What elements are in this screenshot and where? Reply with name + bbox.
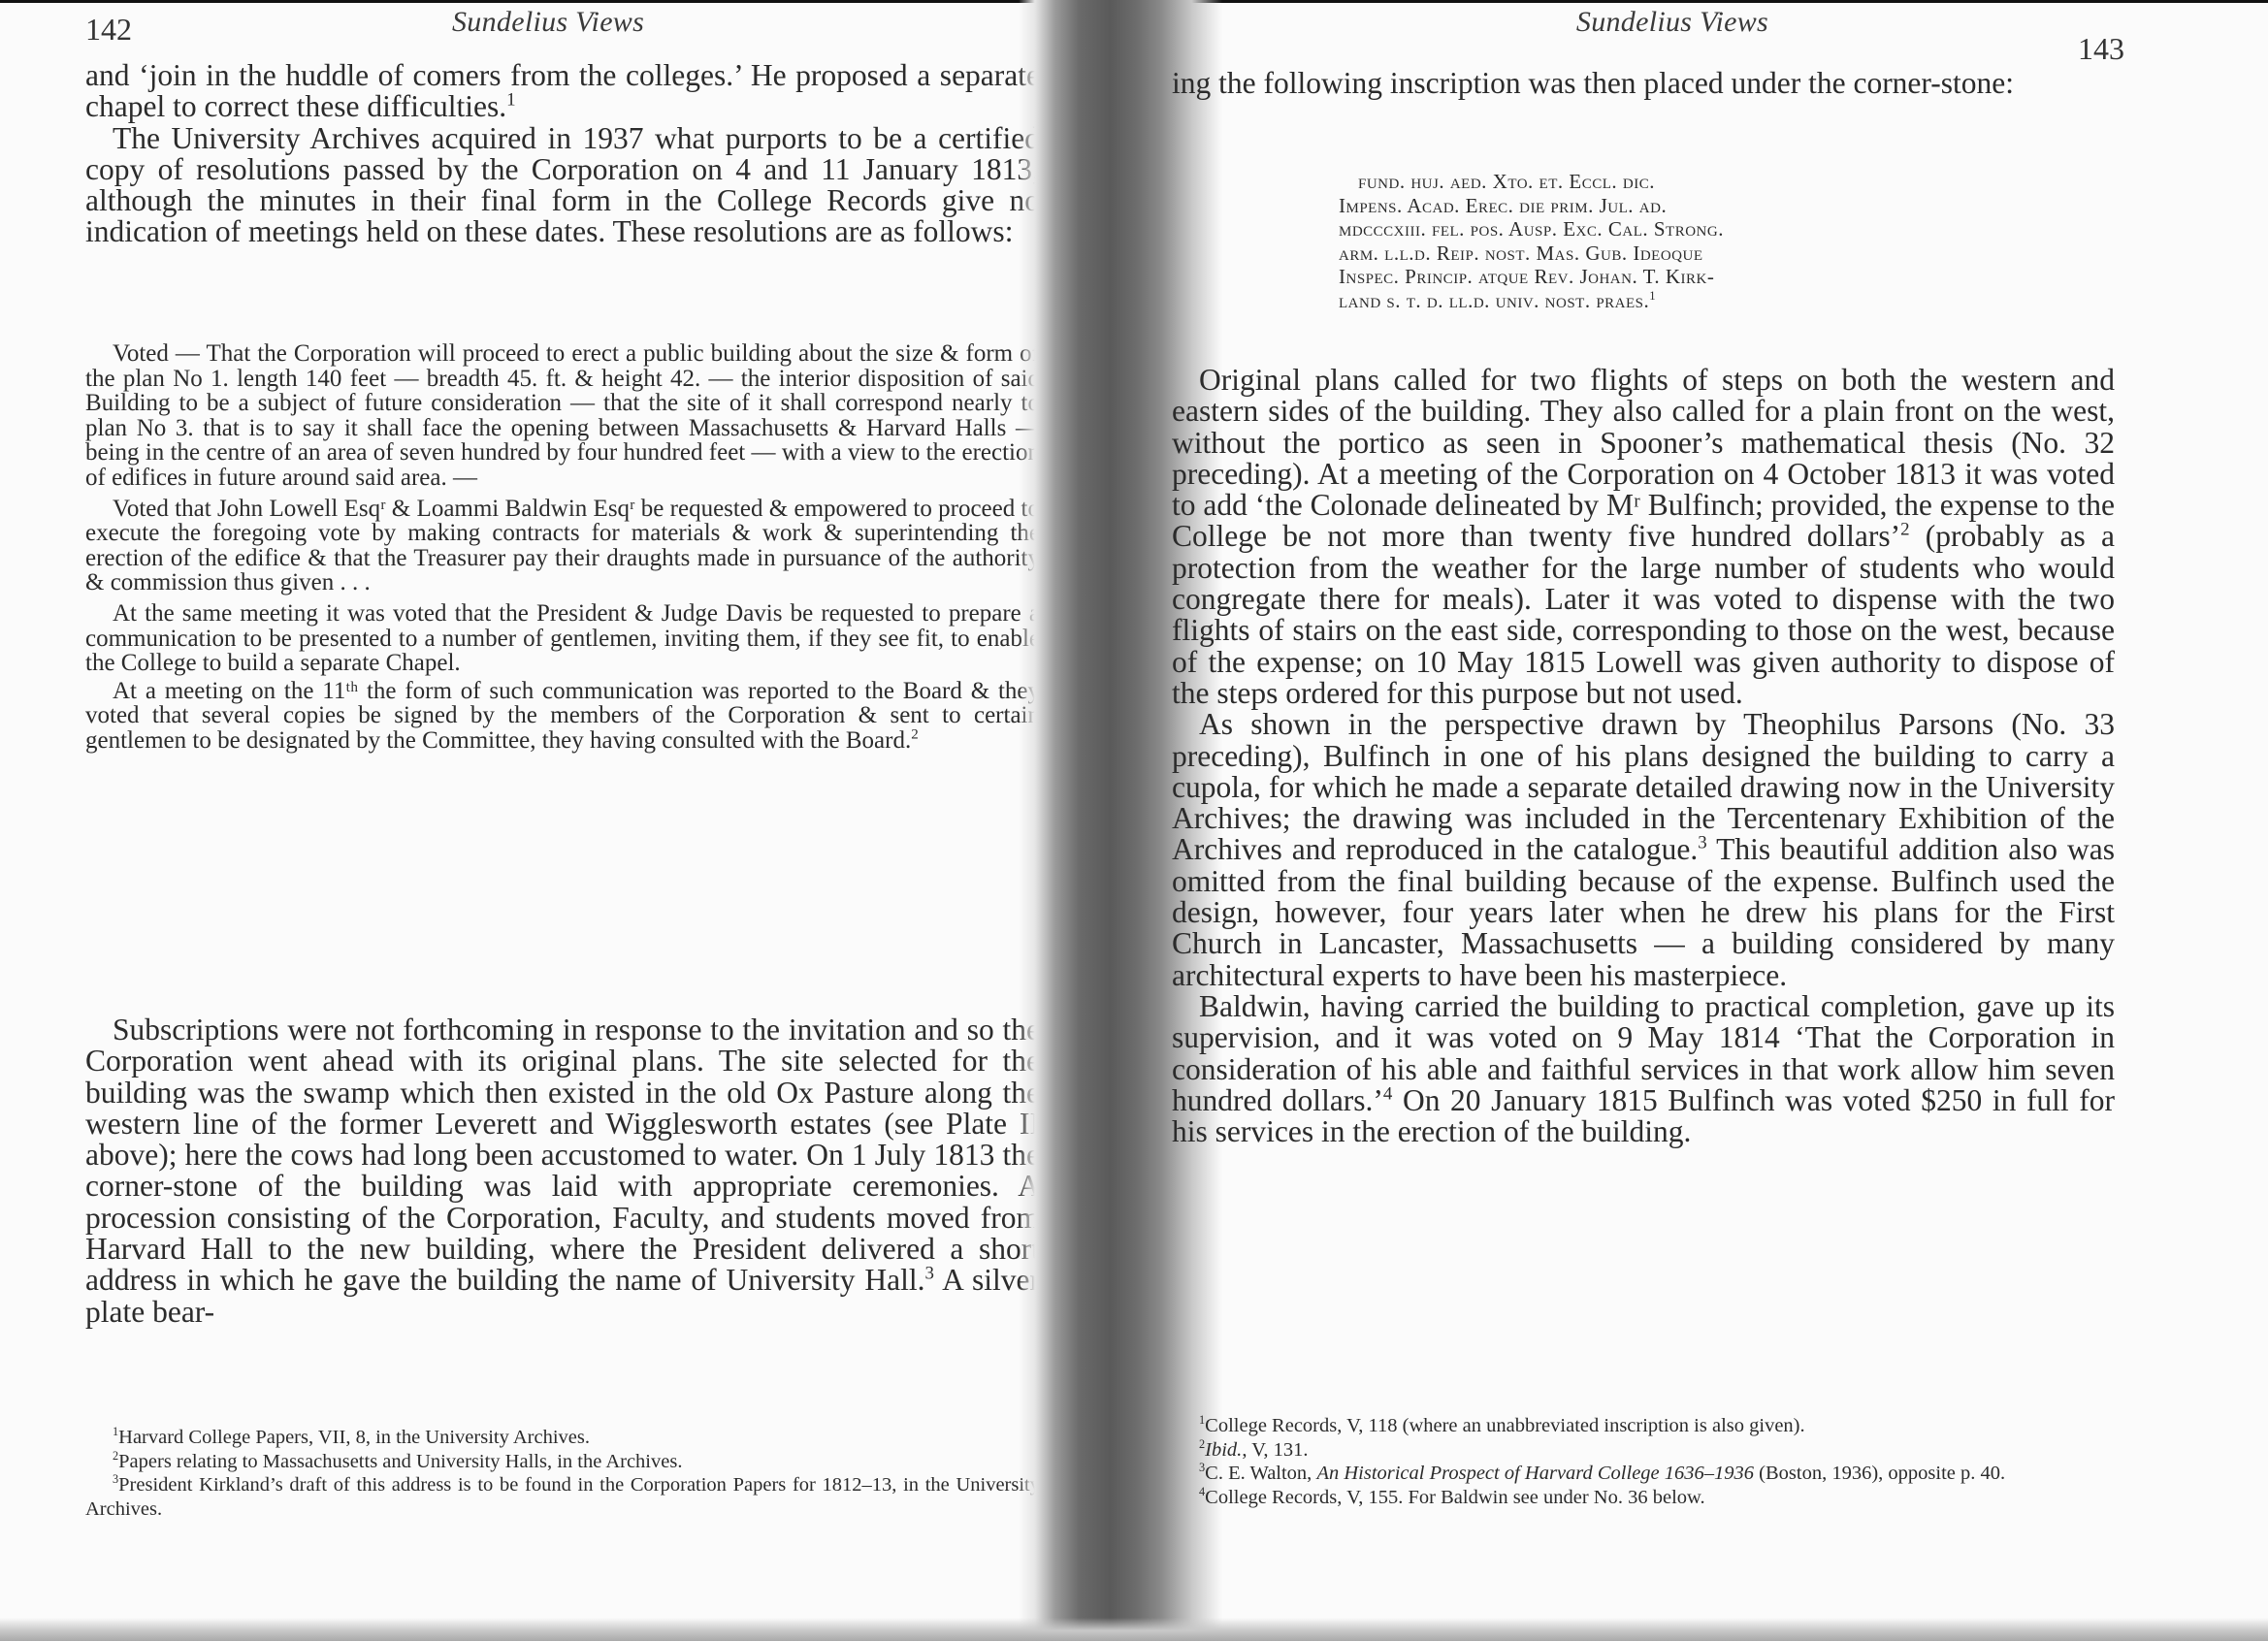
- inscription-line: land s. t. d. ll.d. univ. nost. praes.1: [1339, 289, 1921, 313]
- opening-text: ing the following inscription was then p…: [1172, 68, 2115, 99]
- footnote-ref: 2: [1900, 520, 1909, 540]
- running-head: Sundelius Views: [452, 6, 644, 39]
- resolution: At a meeting on the 11ᵗʰ the form of suc…: [85, 679, 1040, 754]
- paragraph: Original plans called for two flights of…: [1172, 365, 2115, 709]
- corner-stone-inscription: fund. huj. aed. Xto. et. Eccl. dic. Impe…: [1339, 170, 1921, 312]
- inscription-line: mdcccxiii. fel. pos. Ausp. Exc. Cal. Str…: [1339, 217, 1921, 241]
- inscription-line: fund. huj. aed. Xto. et. Eccl. dic.: [1339, 170, 1921, 194]
- paragraph: As shown in the perspective drawn by The…: [1172, 709, 2115, 991]
- narrative-text: Subscriptions were not forthcoming in re…: [85, 1014, 1040, 1328]
- opening-text: and ‘join in the huddle of comers from t…: [85, 60, 1040, 248]
- footnote: 1Harvard College Papers, VII, 8, in the …: [85, 1426, 1040, 1450]
- inscription-line: Impens. Acad. Erec. die prim. Jul. ad.: [1339, 194, 1921, 218]
- resolution: Voted that John Lowell Esqʳ & Loammi Bal…: [85, 497, 1040, 595]
- paragraph: ing the following inscription was then p…: [1172, 68, 2115, 99]
- footnote: 1College Records, V, 118 (where an unabb…: [1172, 1414, 2115, 1438]
- footnote-ref: 2: [911, 727, 919, 743]
- footnote: 2Ibid., V, 131.: [1172, 1438, 2115, 1463]
- footnote: 4College Records, V, 155. For Baldwin se…: [1172, 1486, 2115, 1510]
- footnote-ref: 1: [1649, 289, 1656, 303]
- left-page: 142 Sundelius Views and ‘join in the hud…: [85, 0, 1040, 1641]
- quoted-resolutions: Voted — That the Corporation will procee…: [85, 341, 1040, 754]
- footnote-ref: 3: [925, 1264, 934, 1284]
- footnote: 3President Kirkland’s draft of this addr…: [85, 1473, 1040, 1521]
- page-number: 143: [2078, 31, 2124, 67]
- footnote: 2Papers relating to Massachusetts and Un…: [85, 1450, 1040, 1474]
- footnotes: 1Harvard College Papers, VII, 8, in the …: [85, 1426, 1040, 1521]
- footnote-ref: 4: [1383, 1083, 1392, 1104]
- resolution: At the same meeting it was voted that th…: [85, 601, 1040, 676]
- paragraph: The University Archives acquired in 1937…: [85, 123, 1040, 248]
- scan-bottom-edge: [0, 1618, 2268, 1641]
- page-number: 142: [85, 12, 132, 48]
- resolution: Voted — That the Corporation will procee…: [85, 341, 1040, 491]
- footnote-ref: 1: [506, 90, 515, 111]
- footnote-ref: 3: [1698, 833, 1706, 853]
- paragraph: and ‘join in the huddle of comers from t…: [85, 60, 1040, 123]
- inscription-line: Inspec. Princip. atque Rev. Johan. T. Ki…: [1339, 265, 1921, 289]
- inscription-line: arm. l.l.d. Reip. nost. Mas. Gub. Ideoqu…: [1339, 241, 1921, 266]
- right-page: Sundelius Views 143 ing the following in…: [1172, 0, 2115, 1641]
- running-head: Sundelius Views: [1167, 6, 1768, 39]
- paragraph: Subscriptions were not forthcoming in re…: [85, 1014, 1040, 1328]
- narrative-text: Original plans called for two flights of…: [1172, 365, 2115, 1147]
- footnotes: 1College Records, V, 118 (where an unabb…: [1172, 1414, 2115, 1509]
- footnote: 3C. E. Walton, An Historical Prospect of…: [1172, 1462, 2115, 1486]
- paragraph: Baldwin, having carried the building to …: [1172, 991, 2115, 1147]
